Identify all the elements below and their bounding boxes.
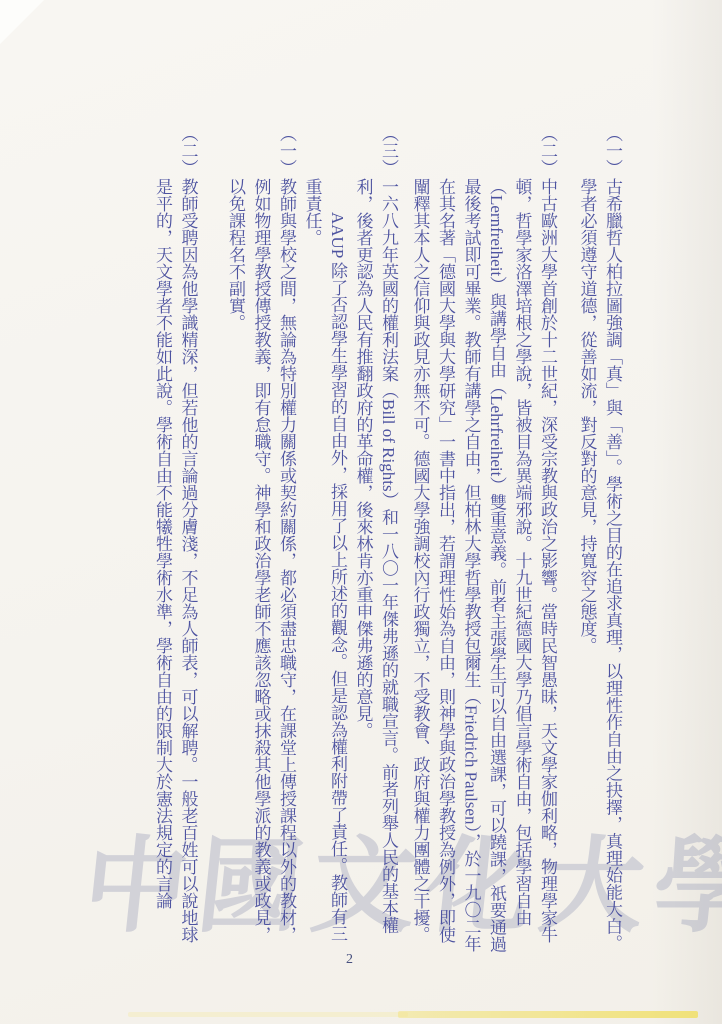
item-marker: （二） — [175, 125, 201, 176]
item-marker: （一） — [600, 125, 626, 176]
item-marker: （二） — [535, 125, 561, 176]
list-item-4: （一） 教師與學校之間，無論為特別權力關係或契約關係，都必須盡忠職守，在課堂上傳… — [223, 125, 300, 957]
item-paragraph: 古希臘哲人柏拉圖強調「真」與「善」。學術之目的在追求真理，以理性作自由之抉擇，真… — [574, 178, 625, 957]
scan-streak-faint — [128, 1012, 408, 1017]
item-marker: （三） — [376, 125, 402, 176]
scan-streak-bright — [398, 1011, 698, 1018]
vertical-text-body: （一） 古希臘哲人柏拉圖強調「真」與「善」。學術之目的在追求真理，以理性作自由之… — [111, 125, 625, 957]
list-item-5: （二） 教師受聘因為他學識精深，但若他的言論過分膚淺，不足為人師表，可以解聘。一… — [150, 125, 201, 957]
list-item-3: （三） 一六八九年英國的權利法案（Bill of Rights）和一八〇一年傑弗… — [299, 125, 401, 957]
item-paragraph: AAUP 除了否認學生學習的自由外，採用了以上所述的觀念。但是認為權利附帶了責任… — [299, 178, 350, 957]
item-paragraph: 一六八九年英國的權利法案（Bill of Rights）和一八〇一年傑弗遜的就職… — [350, 178, 401, 957]
list-item-2: （二） 中古歐洲大學首創於十二世紀，深受宗教與政治之影響。當時民智愚昧，天文學家… — [407, 125, 560, 957]
document-page: 中國文化大學 （一） 古希臘哲人柏拉圖強調「真」與「善」。學術之目的在追求真理，… — [0, 0, 722, 1024]
scan-edge-shading — [652, 0, 722, 1024]
item-paragraph: 中古歐洲大學首創於十二世紀，深受宗教與政治之影響。當時民智愚昧，天文學家伽利略，… — [407, 178, 560, 957]
list-item-1: （一） 古希臘哲人柏拉圖強調「真」與「善」。學術之目的在追求真理，以理性作自由之… — [574, 125, 625, 957]
item-paragraph: 教師與學校之間，無論為特別權力關係或契約關係，都必須盡忠職守，在課堂上傳授課程以… — [223, 178, 300, 957]
page-number: 2 — [346, 952, 353, 968]
page-corner-fold — [0, 0, 44, 44]
item-paragraph: 教師受聘因為他學識精深，但若他的言論過分膚淺，不足為人師表，可以解聘。一般老百姓… — [150, 178, 201, 957]
item-marker: （一） — [274, 125, 300, 176]
